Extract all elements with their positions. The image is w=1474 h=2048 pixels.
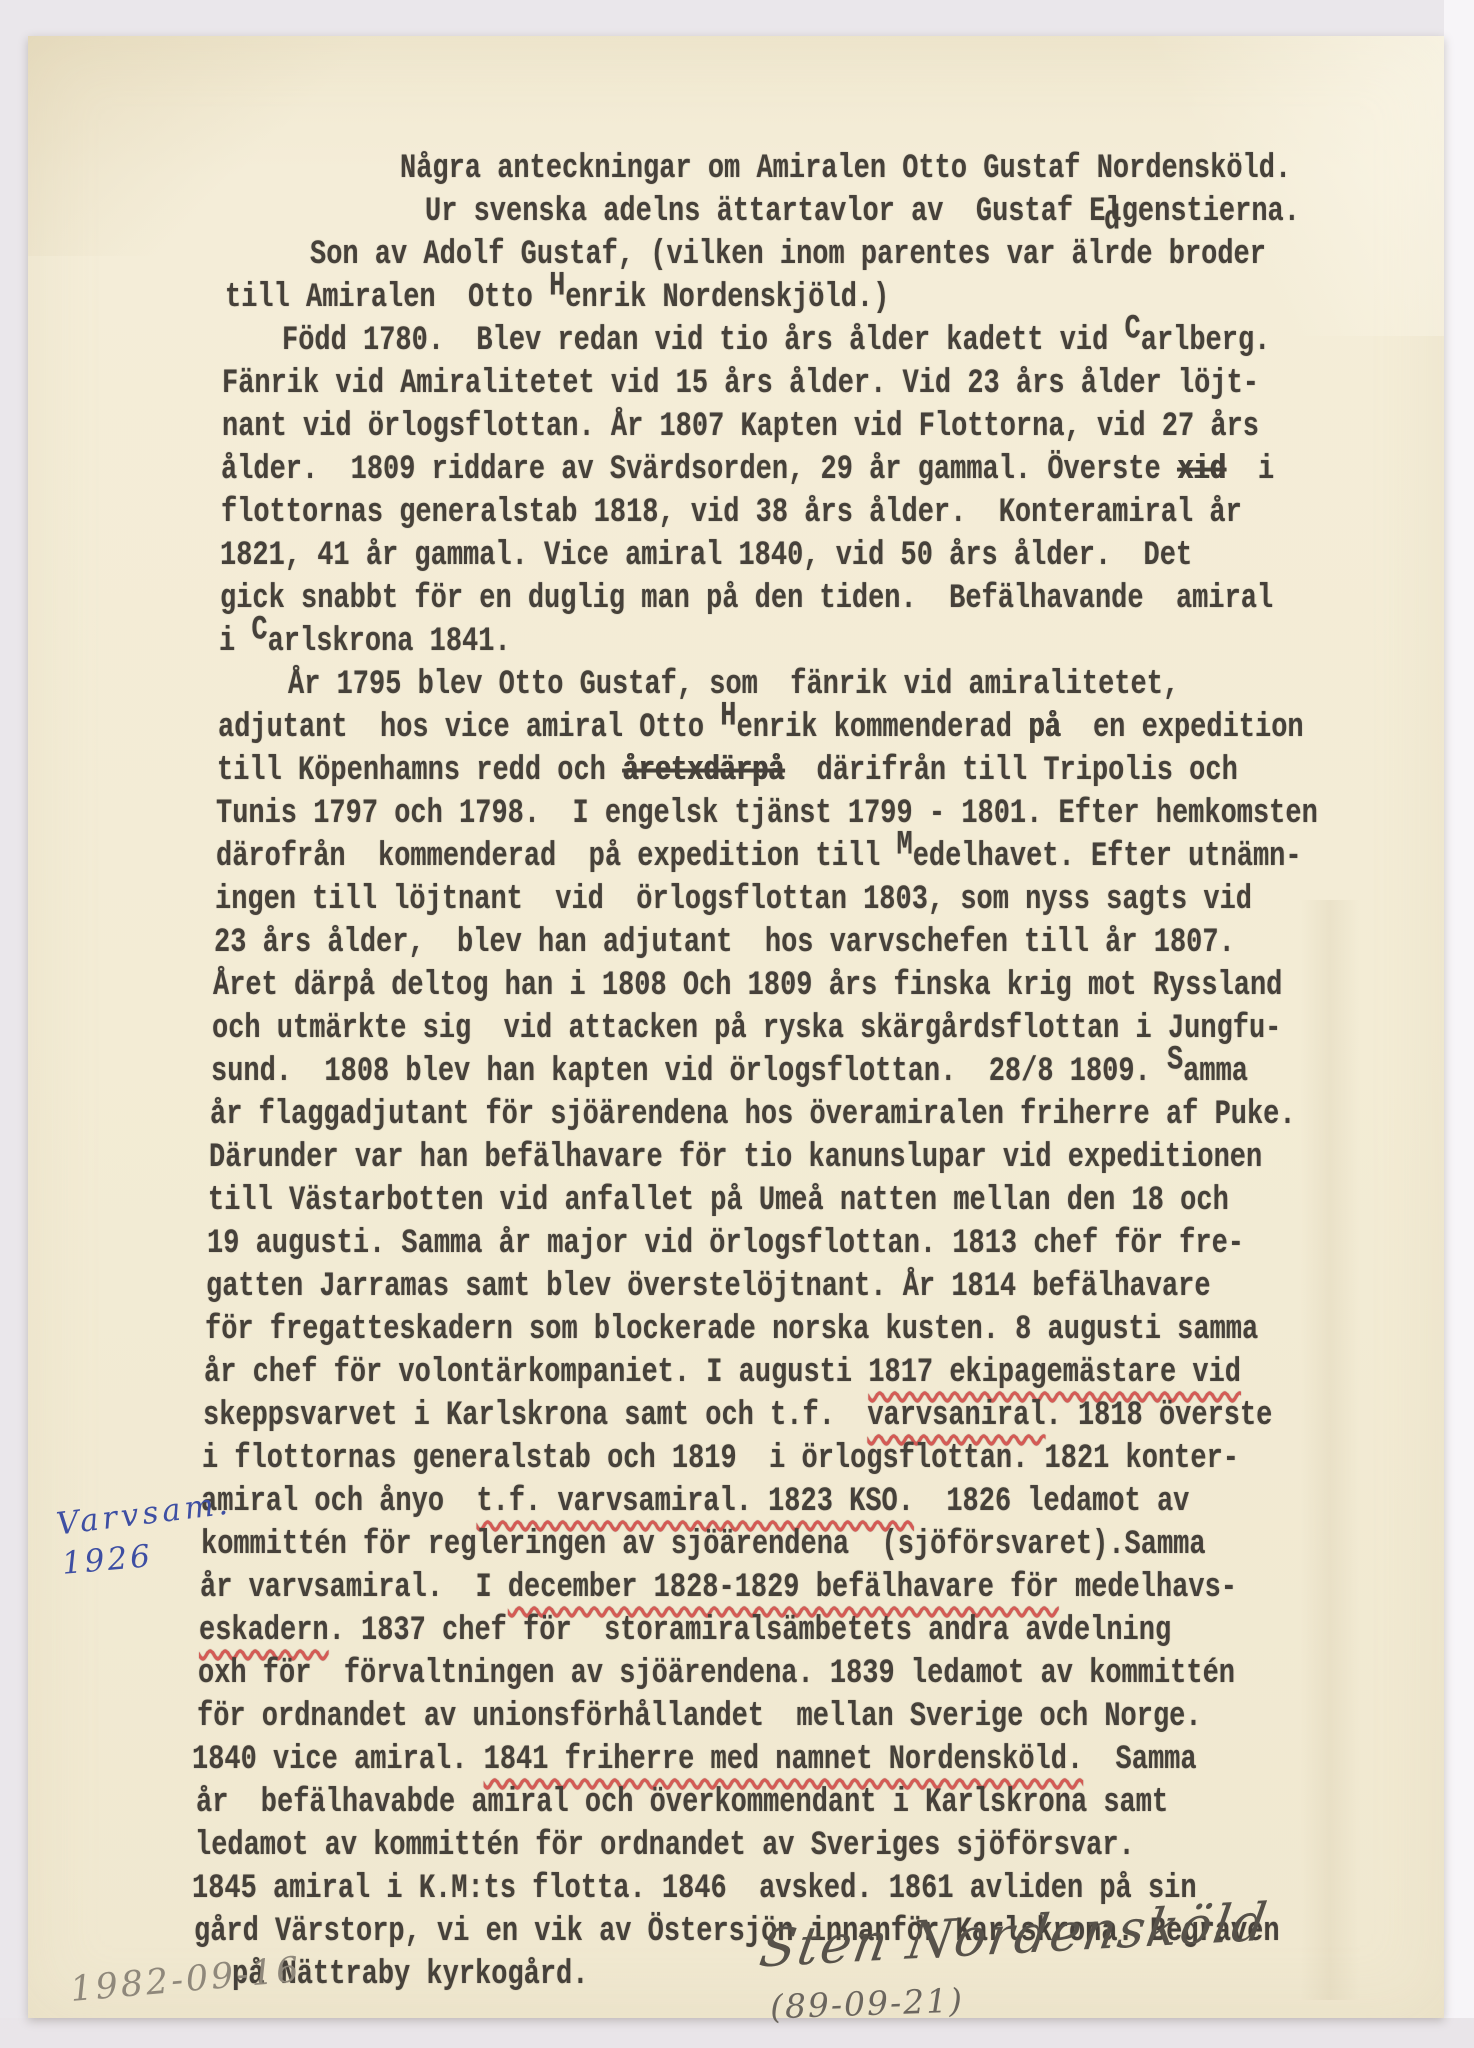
text-line: till Köpenhamns redd och åretxdärpå däri… bbox=[217, 752, 1238, 790]
text-line: år varvsamiral. I december 1828-1829 bef… bbox=[200, 1569, 1237, 1607]
red-pencil-underlined-text: varvsaniral bbox=[867, 1397, 1045, 1435]
text-line: och utmärkte sig vid attacken på ryska s… bbox=[212, 1010, 1281, 1048]
raised-correction-letter: S bbox=[1167, 1041, 1183, 1079]
overtyped-strikeout-text: åretxdärpå bbox=[622, 752, 784, 790]
text-line: Tunis 1797 och 1798. I engelsk tjänst 17… bbox=[216, 795, 1318, 833]
overtyped-strikeout-text: xid bbox=[1177, 451, 1226, 489]
text-line: gick snabbt för en duglig man på den tid… bbox=[220, 580, 1273, 618]
text-line: gatten Jarramas samt blev överstelöjtnan… bbox=[206, 1268, 1211, 1306]
raised-correction-letter: H bbox=[549, 267, 565, 305]
text-line: Några anteckningar om Amiralen Otto Gust… bbox=[400, 150, 1291, 188]
scanned-document-page: Några anteckningar om Amiralen Otto Gust… bbox=[0, 0, 1474, 2048]
text-line: 1845 amiral i K.M:ts flotta. 1846 avsked… bbox=[192, 1870, 1197, 1908]
text-line: eskadern. 1837 chef för storamiralsämbet… bbox=[199, 1612, 1171, 1650]
signature-date: (89-09-21) bbox=[769, 1981, 964, 2027]
red-pencil-underlined-text: december 1828-1829 befälhavare för bbox=[508, 1569, 1059, 1607]
red-pencil-underlined-text: 1841 friherre med namnet Nordensköld. bbox=[484, 1741, 1084, 1779]
text-line: Född 1780. Blev redan vid tio års ålder … bbox=[282, 322, 1270, 360]
text-line: ledamot av kommittén för ordnandet av Sv… bbox=[195, 1827, 1135, 1865]
text-line: år flaggadjutant för sjöärendena hos öve… bbox=[210, 1096, 1296, 1134]
raised-correction-letter: C bbox=[1125, 310, 1141, 348]
text-line: oxh för förvaltningen av sjöärendena. 18… bbox=[198, 1655, 1235, 1693]
text-line: därofrån kommenderad på expedition till … bbox=[216, 838, 1302, 876]
text-line: 1821, 41 år gammal. Vice amiral 1840, vi… bbox=[220, 537, 1192, 575]
scanner-bed-right-strip bbox=[1444, 0, 1474, 2048]
scanner-bed-bottom-strip bbox=[0, 2018, 1474, 2048]
text-line: 23 års ålder, blev han adjutant hos varv… bbox=[214, 924, 1235, 962]
text-line: 19 augusti. Samma år major vid örlogsflo… bbox=[207, 1225, 1244, 1263]
text-line: för fregatteskadern som blockerade norsk… bbox=[205, 1311, 1258, 1349]
red-pencil-underlined-text: 1817 ekipagemästare vid bbox=[868, 1354, 1241, 1392]
text-line: Fänrik vid Amiralitetet vid 15 års ålder… bbox=[222, 365, 1259, 403]
text-line: i flottornas generalstab och 1819 i örlo… bbox=[202, 1440, 1239, 1478]
text-line: Ur svenska adelns ättartavlor av Gustaf … bbox=[425, 193, 1300, 231]
text-line: nant vid örlogsflottan. År 1807 Kapten v… bbox=[222, 408, 1259, 446]
text-line: Därunder var han befälhavare för tio kan… bbox=[209, 1139, 1262, 1177]
text-line: adjutant hos vice amiral Otto Henrik kom… bbox=[218, 709, 1304, 747]
text-line: Son av Adolf Gustaf, (vilken inom parent… bbox=[310, 236, 1266, 274]
text-line: flottornas generalstab 1818, vid 38 års … bbox=[221, 494, 1242, 532]
text-line: för ordnandet av unionsförhållandet mell… bbox=[197, 1698, 1202, 1736]
red-pencil-underlined-text: t.f. varvsamiral. 1823 KSO. bbox=[476, 1483, 913, 1521]
red-pencil-underlined-text: eskadern bbox=[199, 1612, 329, 1650]
text-line: år befälhavabde amiral och överkommendan… bbox=[196, 1784, 1168, 1822]
raised-correction-letter: M bbox=[897, 826, 913, 864]
raised-correction-letter: H bbox=[720, 697, 736, 735]
text-line: 1840 vice amiral. 1841 friherre med namn… bbox=[192, 1741, 1197, 1779]
raised-correction-letter: C bbox=[251, 611, 267, 649]
text-line: kommittén för regleringen av sjöärendena… bbox=[201, 1526, 1206, 1564]
text-line: amiral och ånyo t.f. varvsamiral. 1823 K… bbox=[201, 1483, 1189, 1521]
text-line: Året därpå deltog han i 1808 Och 1809 år… bbox=[213, 967, 1282, 1005]
text-line: i Carlskrona 1841. bbox=[219, 623, 511, 661]
text-line: ingen till löjtnant vid örlogsflottan 18… bbox=[215, 881, 1252, 919]
text-line: ålder. 1809 riddare av Svärdsorden, 29 å… bbox=[221, 451, 1274, 489]
text-line: skeppsvarvet i Karlskrona samt och t.f. … bbox=[203, 1397, 1272, 1435]
text-line: år chef för volontärkompaniet. I augusti… bbox=[204, 1354, 1241, 1392]
text-line: sund. 1808 blev han kapten vid örlogsflo… bbox=[211, 1053, 1248, 1091]
text-line: till Västarbotten vid anfallet på Umeå n… bbox=[208, 1182, 1229, 1220]
text-line: till Amiralen Otto Henrik Nordenskjöld.) bbox=[225, 279, 889, 317]
